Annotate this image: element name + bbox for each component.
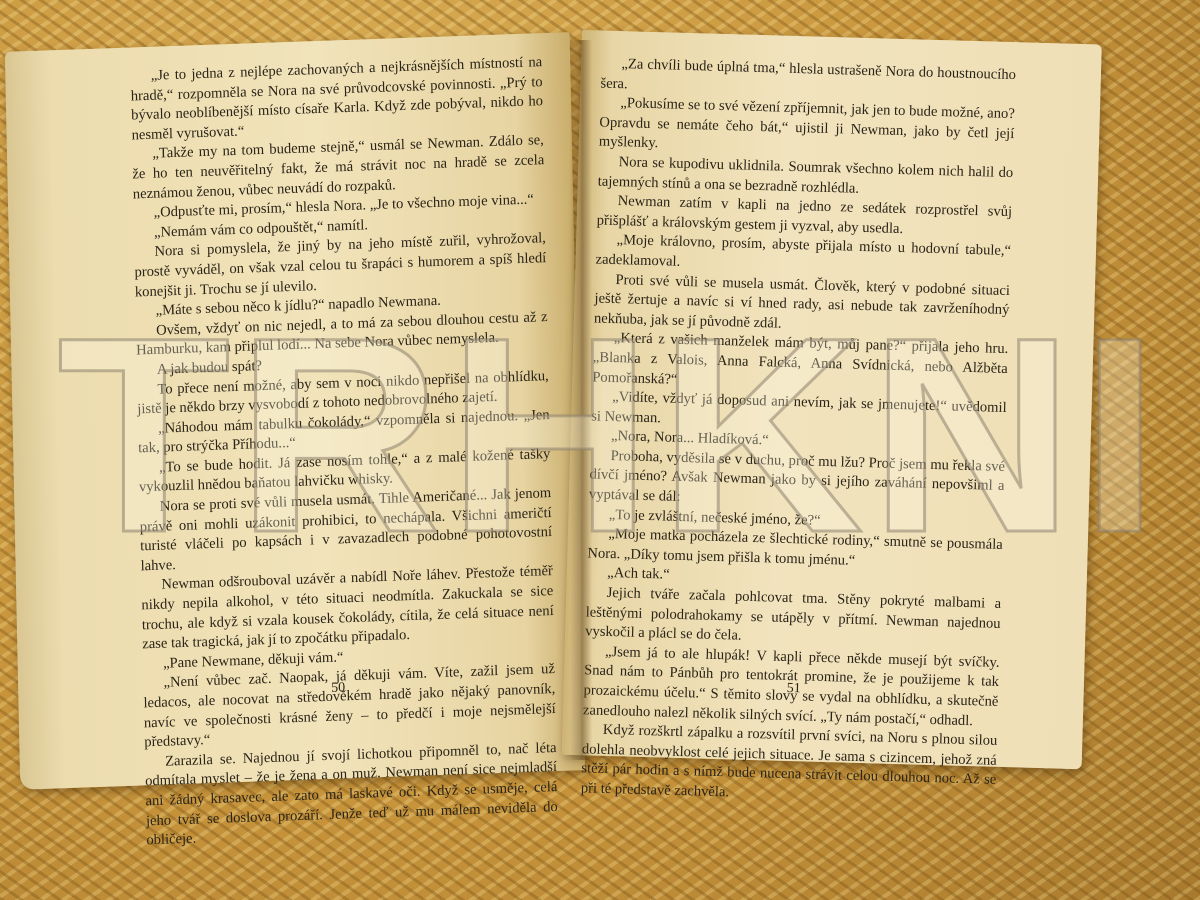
page-number-right: 51 (763, 680, 823, 698)
page-number-left: 50 (308, 680, 368, 698)
paragraph: „Není vůbec zač. Naopak, já děkuji vám. … (143, 660, 556, 753)
paragraph: Zarazila se. Najednou jí svojí lichotkou… (145, 739, 559, 851)
paragraph: Newman odšrouboval uzávěr a nabídl Noře … (141, 562, 554, 655)
left-page-text: „Je to jedna z nejlépe zachovaných a nej… (130, 53, 558, 851)
paragraph: Proboha, vyděsila se v duchu, proč mu lž… (589, 446, 1005, 516)
paragraph: Když rozškrtl zápalku a rozsvítil první … (581, 720, 998, 810)
paragraph: „Je to jedna z nejlépe zachovaných a nej… (130, 53, 543, 146)
paragraph: Nora se proti své vůli musela usmát. Tih… (139, 484, 552, 577)
right-page: „Za chvíli bude úplná tma,“ hlesla ustra… (562, 30, 1102, 769)
left-page: „Je to jedna z nejlépe zachovaných a nej… (5, 32, 585, 790)
